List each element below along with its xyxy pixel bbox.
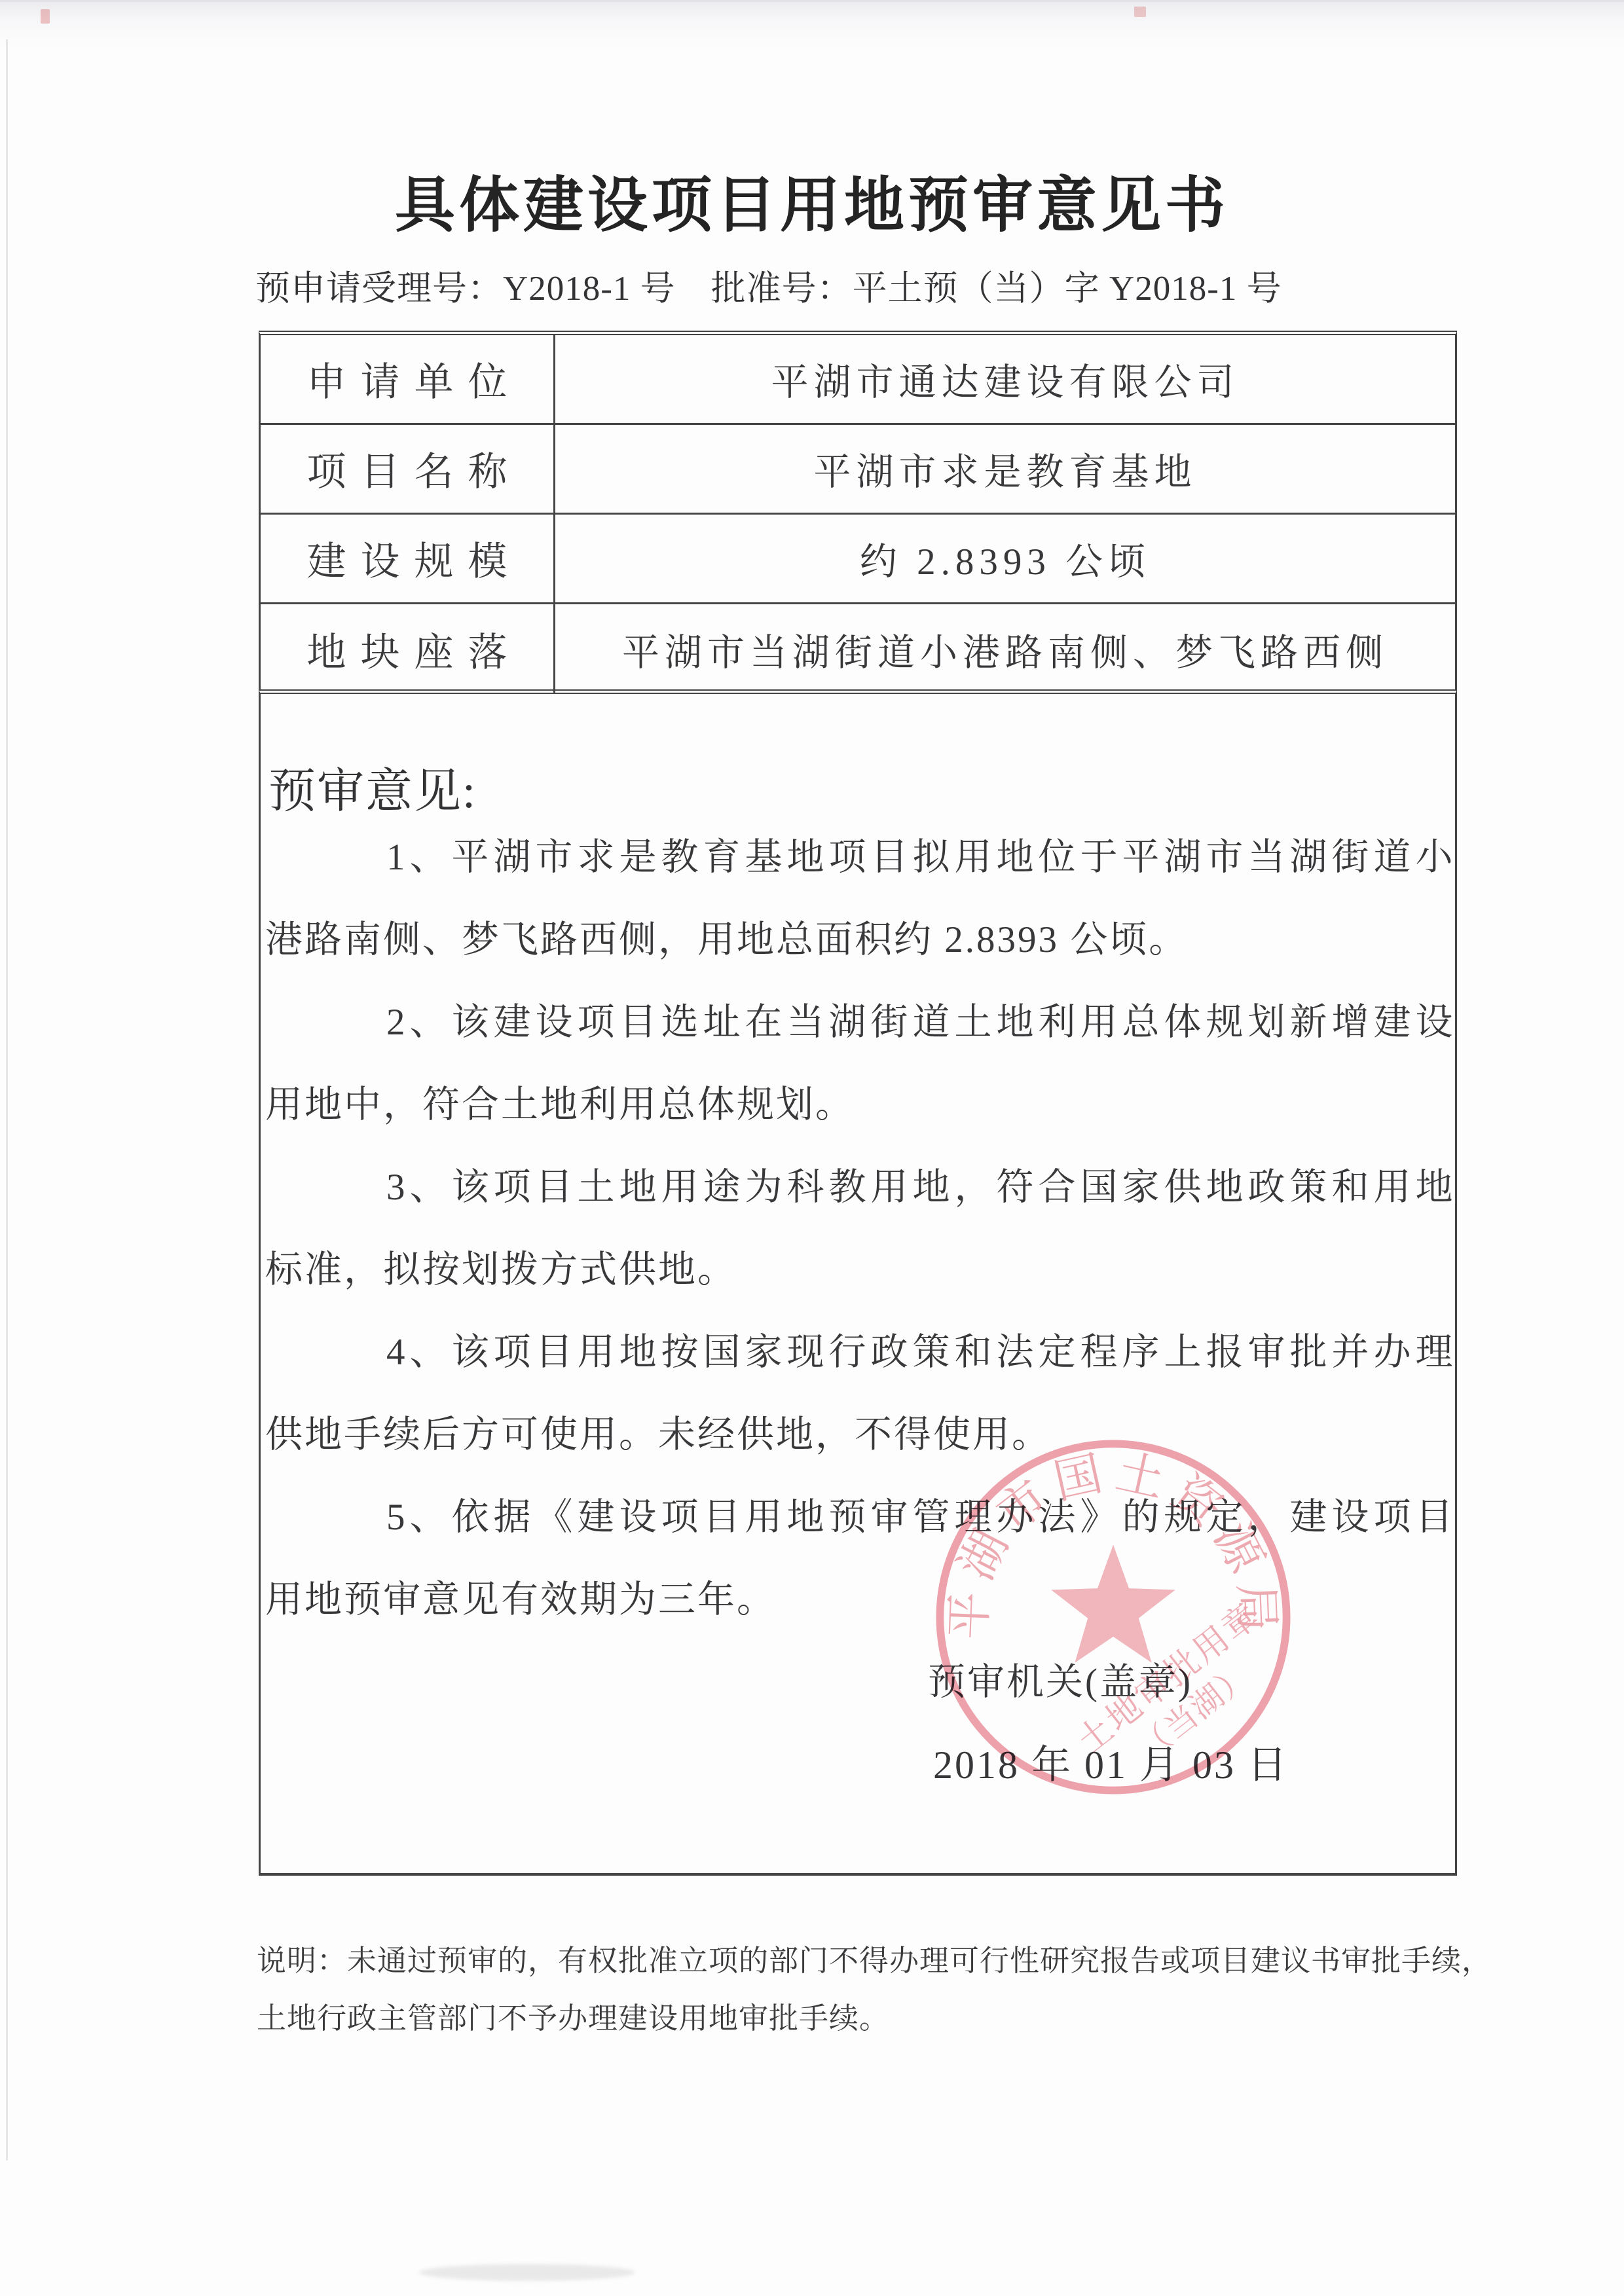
- scan-artifact-left-line: [6, 39, 8, 2160]
- applicant-value: 平湖市通达建设有限公司: [555, 335, 1455, 423]
- construction-scale-value: 约 2.8393 公顷: [555, 515, 1455, 602]
- scan-artifact-bottom-smudge: [419, 2264, 635, 2281]
- opinion-line: 用地预审意见有效期为三年。: [265, 1559, 1444, 1641]
- project-info-table: 申请单位 平湖市通达建设有限公司 项目名称 平湖市求是教育基地 建设规模 约 2…: [259, 331, 1457, 689]
- project-name-value: 平湖市求是教育基地: [555, 425, 1455, 513]
- opinion-line: 供地手续后方可使用。未经供地，不得使用。: [265, 1394, 1444, 1476]
- opinion-heading: 预审意见:: [268, 753, 477, 821]
- table-row-construction-scale: 建设规模 约 2.8393 公顷: [261, 515, 1455, 604]
- project-name-label: 项目名称: [261, 425, 555, 513]
- applicant-label: 申请单位: [261, 335, 555, 423]
- opinion-line: 3、该项目土地用途为科教用地，符合国家供地政策和用地: [265, 1146, 1565, 1229]
- opinion-line: 用地中，符合土地利用总体规划。: [265, 1064, 1444, 1146]
- table-row-project-name: 项目名称 平湖市求是教育基地: [261, 425, 1455, 515]
- construction-scale-label: 建设规模: [261, 515, 555, 602]
- scan-artifact-top-band: [0, 0, 1624, 48]
- scan-artifact-red-speck-right: [1134, 7, 1146, 17]
- parcel-location-value: 平湖市当湖街道小港路南侧、梦飞路西侧: [555, 604, 1455, 694]
- opinion-line: 港路南侧、梦飞路西侧，用地总面积约 2.8393 公顷。: [265, 899, 1444, 981]
- parcel-location-label: 地块座落: [261, 604, 555, 694]
- table-row-parcel-location: 地块座落 平湖市当湖街道小港路南侧、梦飞路西侧: [261, 604, 1455, 694]
- document-title: 具体建设项目用地预审意见书: [0, 157, 1624, 244]
- footer-note-line2: 土地行政主管部门不予办理建设用地审批手续。: [257, 1994, 1449, 2037]
- table-row-applicant: 申请单位 平湖市通达建设有限公司: [261, 335, 1455, 425]
- scanned-document-page: 具体建设项目用地预审意见书 预申请受理号：Y2018-1 号 批准号：平土预（当…: [0, 0, 1624, 2296]
- approval-date: 2018 年 01 月 03 日: [933, 1724, 1289, 1806]
- opinion-line: 4、该项目用地按国家现行政策和法定程序上报审批并办理: [265, 1311, 1565, 1394]
- opinion-line: 标准，拟按划拨方式供地。: [265, 1229, 1444, 1311]
- opinion-line: 5、依据《建设项目用地预审管理办法》的规定，建设项目: [265, 1476, 1565, 1559]
- scan-artifact-red-speck-left: [41, 9, 50, 24]
- examining-authority-label: 预审机关(盖章): [928, 1641, 1192, 1724]
- application-reference-line: 预申请受理号：Y2018-1 号 批准号：平土预（当）字 Y2018-1 号: [255, 261, 1500, 310]
- opinion-line: 1、平湖市求是教育基地项目拟用地位于平湖市当湖街道小: [265, 816, 1565, 899]
- opinion-line: 2、该建设项目选址在当湖街道土地利用总体规划新增建设: [265, 981, 1565, 1064]
- footer-note-line1: 说明：未通过预审的，有权批准立项的部门不得办理可行性研究报告或项目建议书审批手续…: [257, 1937, 1449, 1979]
